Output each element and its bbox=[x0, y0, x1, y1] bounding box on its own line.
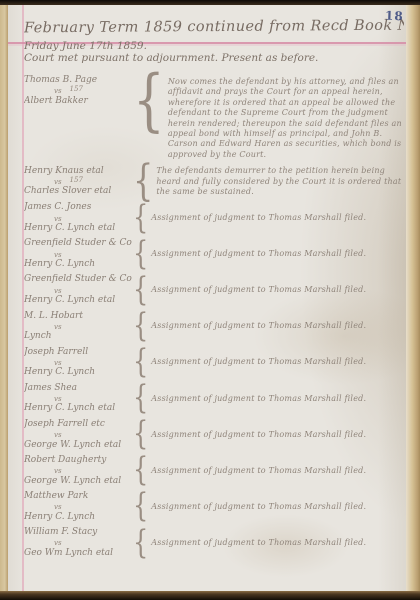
case-vs: vs bbox=[54, 215, 62, 223]
book-left-edge bbox=[0, 4, 8, 592]
case-plaintiff: Joseph Farrell bbox=[24, 347, 130, 357]
case-parties: M. L. Hobart vs Lynch bbox=[24, 311, 130, 342]
case-vs-line: vs bbox=[54, 285, 130, 295]
case-vs: vs bbox=[54, 87, 62, 95]
case-vs-line: vs bbox=[54, 465, 130, 475]
case-list: Thomas B. Page vs157 Albert Bakker { Now… bbox=[24, 75, 404, 558]
case-vs: vs bbox=[54, 251, 62, 259]
case-brace-glyph: { bbox=[133, 237, 148, 269]
case-brace-glyph: { bbox=[133, 201, 148, 233]
case-order-text: Assignment of judgment to Thomas Marshal… bbox=[151, 393, 404, 404]
case-vs-line: vs157 bbox=[54, 176, 130, 186]
case-plaintiff: William F. Stacy bbox=[24, 527, 130, 537]
case-parties: Robert Daugherty vs George W. Lynch etal bbox=[24, 455, 130, 486]
case-order-text: Assignment of judgment to Thomas Marshal… bbox=[151, 212, 404, 223]
book-right-edge bbox=[406, 4, 420, 592]
case-entry: William F. Stacy vs Geo Wm Lynch etal { … bbox=[24, 527, 404, 558]
case-entry: Robert Daugherty vs George W. Lynch etal… bbox=[24, 455, 404, 486]
date-line: Friday June 17th 1859. bbox=[24, 40, 404, 52]
case-brace-glyph: { bbox=[133, 381, 148, 413]
case-order-text: Assignment of judgment to Thomas Marshal… bbox=[151, 537, 404, 548]
case-order-text: Now comes the defendant by his attorney,… bbox=[168, 75, 404, 160]
case-brace-glyph: { bbox=[133, 159, 153, 202]
case-vs-line: vs bbox=[54, 321, 130, 331]
case-vs: vs bbox=[54, 178, 62, 186]
case-defendant: George W. Lynch etal bbox=[24, 440, 130, 450]
case-entry: Greenfield Studer & Co vs Henry C. Lynch… bbox=[24, 238, 404, 269]
case-parties: Joseph Farrell vs Henry C. Lynch bbox=[24, 347, 130, 378]
case-parties: Greenfield Studer & Co vs Henry C. Lynch… bbox=[24, 274, 130, 305]
case-vs: vs bbox=[54, 467, 62, 475]
case-parties: Thomas B. Page vs157 Albert Bakker bbox=[24, 75, 130, 106]
case-parties: James C. Jones vs Henry C. Lynch etal bbox=[24, 202, 130, 233]
case-brace-glyph: { bbox=[133, 309, 148, 341]
case-vs: vs bbox=[54, 323, 62, 331]
case-plaintiff: Robert Daugherty bbox=[24, 455, 130, 465]
book-top-edge bbox=[0, 0, 420, 5]
case-defendant: Charles Slover etal bbox=[24, 186, 130, 196]
case-defendant: Henry C. Lynch bbox=[24, 259, 130, 269]
case-defendant: Henry C. Lynch bbox=[24, 367, 130, 377]
case-vs: vs bbox=[54, 431, 62, 439]
page-number-stamp: 18 bbox=[385, 9, 404, 24]
case-brace-glyph: { bbox=[133, 489, 148, 521]
case-plaintiff: James C. Jones bbox=[24, 202, 130, 212]
case-vs: vs bbox=[54, 395, 62, 403]
case-vs-line: vs bbox=[54, 213, 130, 223]
case-vs-line: vs bbox=[54, 249, 130, 259]
case-vs-line: vs bbox=[54, 429, 130, 439]
case-plaintiff: Matthew Park bbox=[24, 491, 130, 501]
case-entry: James C. Jones vs Henry C. Lynch etal { … bbox=[24, 202, 404, 233]
case-defendant: Lynch bbox=[24, 331, 130, 341]
case-defendant: Geo Wm Lynch etal bbox=[24, 548, 130, 558]
case-vs: vs bbox=[54, 359, 62, 367]
case-brace-glyph: { bbox=[133, 525, 148, 557]
book-bottom-edge bbox=[0, 591, 420, 600]
case-vs-line: vs bbox=[54, 357, 130, 367]
case-plaintiff: Joseph Farrell etc bbox=[24, 419, 130, 429]
case-plaintiff: Greenfield Studer & Co bbox=[24, 274, 130, 284]
case-parties: Henry Knaus etal vs157 Charles Slover et… bbox=[24, 166, 130, 197]
case-plaintiff: Thomas B. Page bbox=[24, 75, 130, 85]
case-vs-line: vs bbox=[54, 501, 130, 511]
case-order-text: The defendants demurrer to the petition … bbox=[156, 165, 404, 197]
case-defendant: Albert Bakker bbox=[24, 96, 130, 106]
case-vs-line: vs bbox=[54, 393, 130, 403]
case-parties: James Shea vs Henry C. Lynch etal bbox=[24, 383, 130, 414]
case-entry: M. L. Hobart vs Lynch { Assignment of ju… bbox=[24, 311, 404, 342]
case-parties: Matthew Park vs Henry C. Lynch bbox=[24, 491, 130, 522]
case-number: 157 bbox=[70, 85, 83, 93]
case-entry: Joseph Farrell vs Henry C. Lynch { Assig… bbox=[24, 347, 404, 378]
case-order-text: Assignment of judgment to Thomas Marshal… bbox=[151, 356, 404, 367]
case-entry: Matthew Park vs Henry C. Lynch { Assignm… bbox=[24, 491, 404, 522]
case-vs-line: vs157 bbox=[54, 85, 130, 95]
case-plaintiff: M. L. Hobart bbox=[24, 311, 130, 321]
case-order-text: Assignment of judgment to Thomas Marshal… bbox=[151, 284, 404, 295]
case-vs: vs bbox=[54, 287, 62, 295]
case-defendant: George W. Lynch etal bbox=[24, 476, 130, 486]
case-brace-glyph: { bbox=[133, 66, 165, 134]
case-plaintiff: Greenfield Studer & Co bbox=[24, 238, 130, 248]
case-defendant: Henry C. Lynch etal bbox=[24, 223, 130, 233]
scanned-ledger-page: 18 February Term 1859 continued from Rec… bbox=[0, 0, 420, 600]
case-number: 157 bbox=[70, 176, 83, 184]
case-entry: Thomas B. Page vs157 Albert Bakker { Now… bbox=[24, 75, 404, 160]
handwritten-content: February Term 1859 continued from Recd B… bbox=[24, 5, 404, 591]
case-entry: Henry Knaus etal vs157 Charles Slover et… bbox=[24, 165, 404, 197]
case-vs: vs bbox=[54, 539, 62, 547]
case-vs: vs bbox=[54, 503, 62, 511]
case-order-text: Assignment of judgment to Thomas Marshal… bbox=[151, 248, 404, 259]
case-defendant: Henry C. Lynch etal bbox=[24, 295, 130, 305]
case-brace-glyph: { bbox=[133, 273, 148, 305]
court-opening-line: Court met pursuant to adjournment. Prese… bbox=[24, 52, 404, 64]
case-parties: Greenfield Studer & Co vs Henry C. Lynch bbox=[24, 238, 130, 269]
case-vs-line: vs bbox=[54, 537, 130, 547]
case-parties: Joseph Farrell etc vs George W. Lynch et… bbox=[24, 419, 130, 450]
case-order-text: Assignment of judgment to Thomas Marshal… bbox=[151, 429, 404, 440]
case-order-text: Assignment of judgment to Thomas Marshal… bbox=[151, 465, 404, 476]
case-brace-glyph: { bbox=[133, 345, 148, 377]
case-parties: William F. Stacy vs Geo Wm Lynch etal bbox=[24, 527, 130, 558]
case-order-text: Assignment of judgment to Thomas Marshal… bbox=[151, 320, 404, 331]
case-entry: Greenfield Studer & Co vs Henry C. Lynch… bbox=[24, 274, 404, 305]
case-plaintiff: Henry Knaus etal bbox=[24, 166, 130, 176]
case-order-text: Assignment of judgment to Thomas Marshal… bbox=[151, 501, 404, 512]
term-header: February Term 1859 continued from Recd B… bbox=[24, 18, 404, 37]
case-brace-glyph: { bbox=[133, 417, 148, 449]
case-entry: Joseph Farrell etc vs George W. Lynch et… bbox=[24, 419, 404, 450]
case-defendant: Henry C. Lynch bbox=[24, 512, 130, 522]
case-plaintiff: James Shea bbox=[24, 383, 130, 393]
case-brace-glyph: { bbox=[133, 453, 148, 485]
case-entry: James Shea vs Henry C. Lynch etal { Assi… bbox=[24, 383, 404, 414]
case-defendant: Henry C. Lynch etal bbox=[24, 403, 130, 413]
